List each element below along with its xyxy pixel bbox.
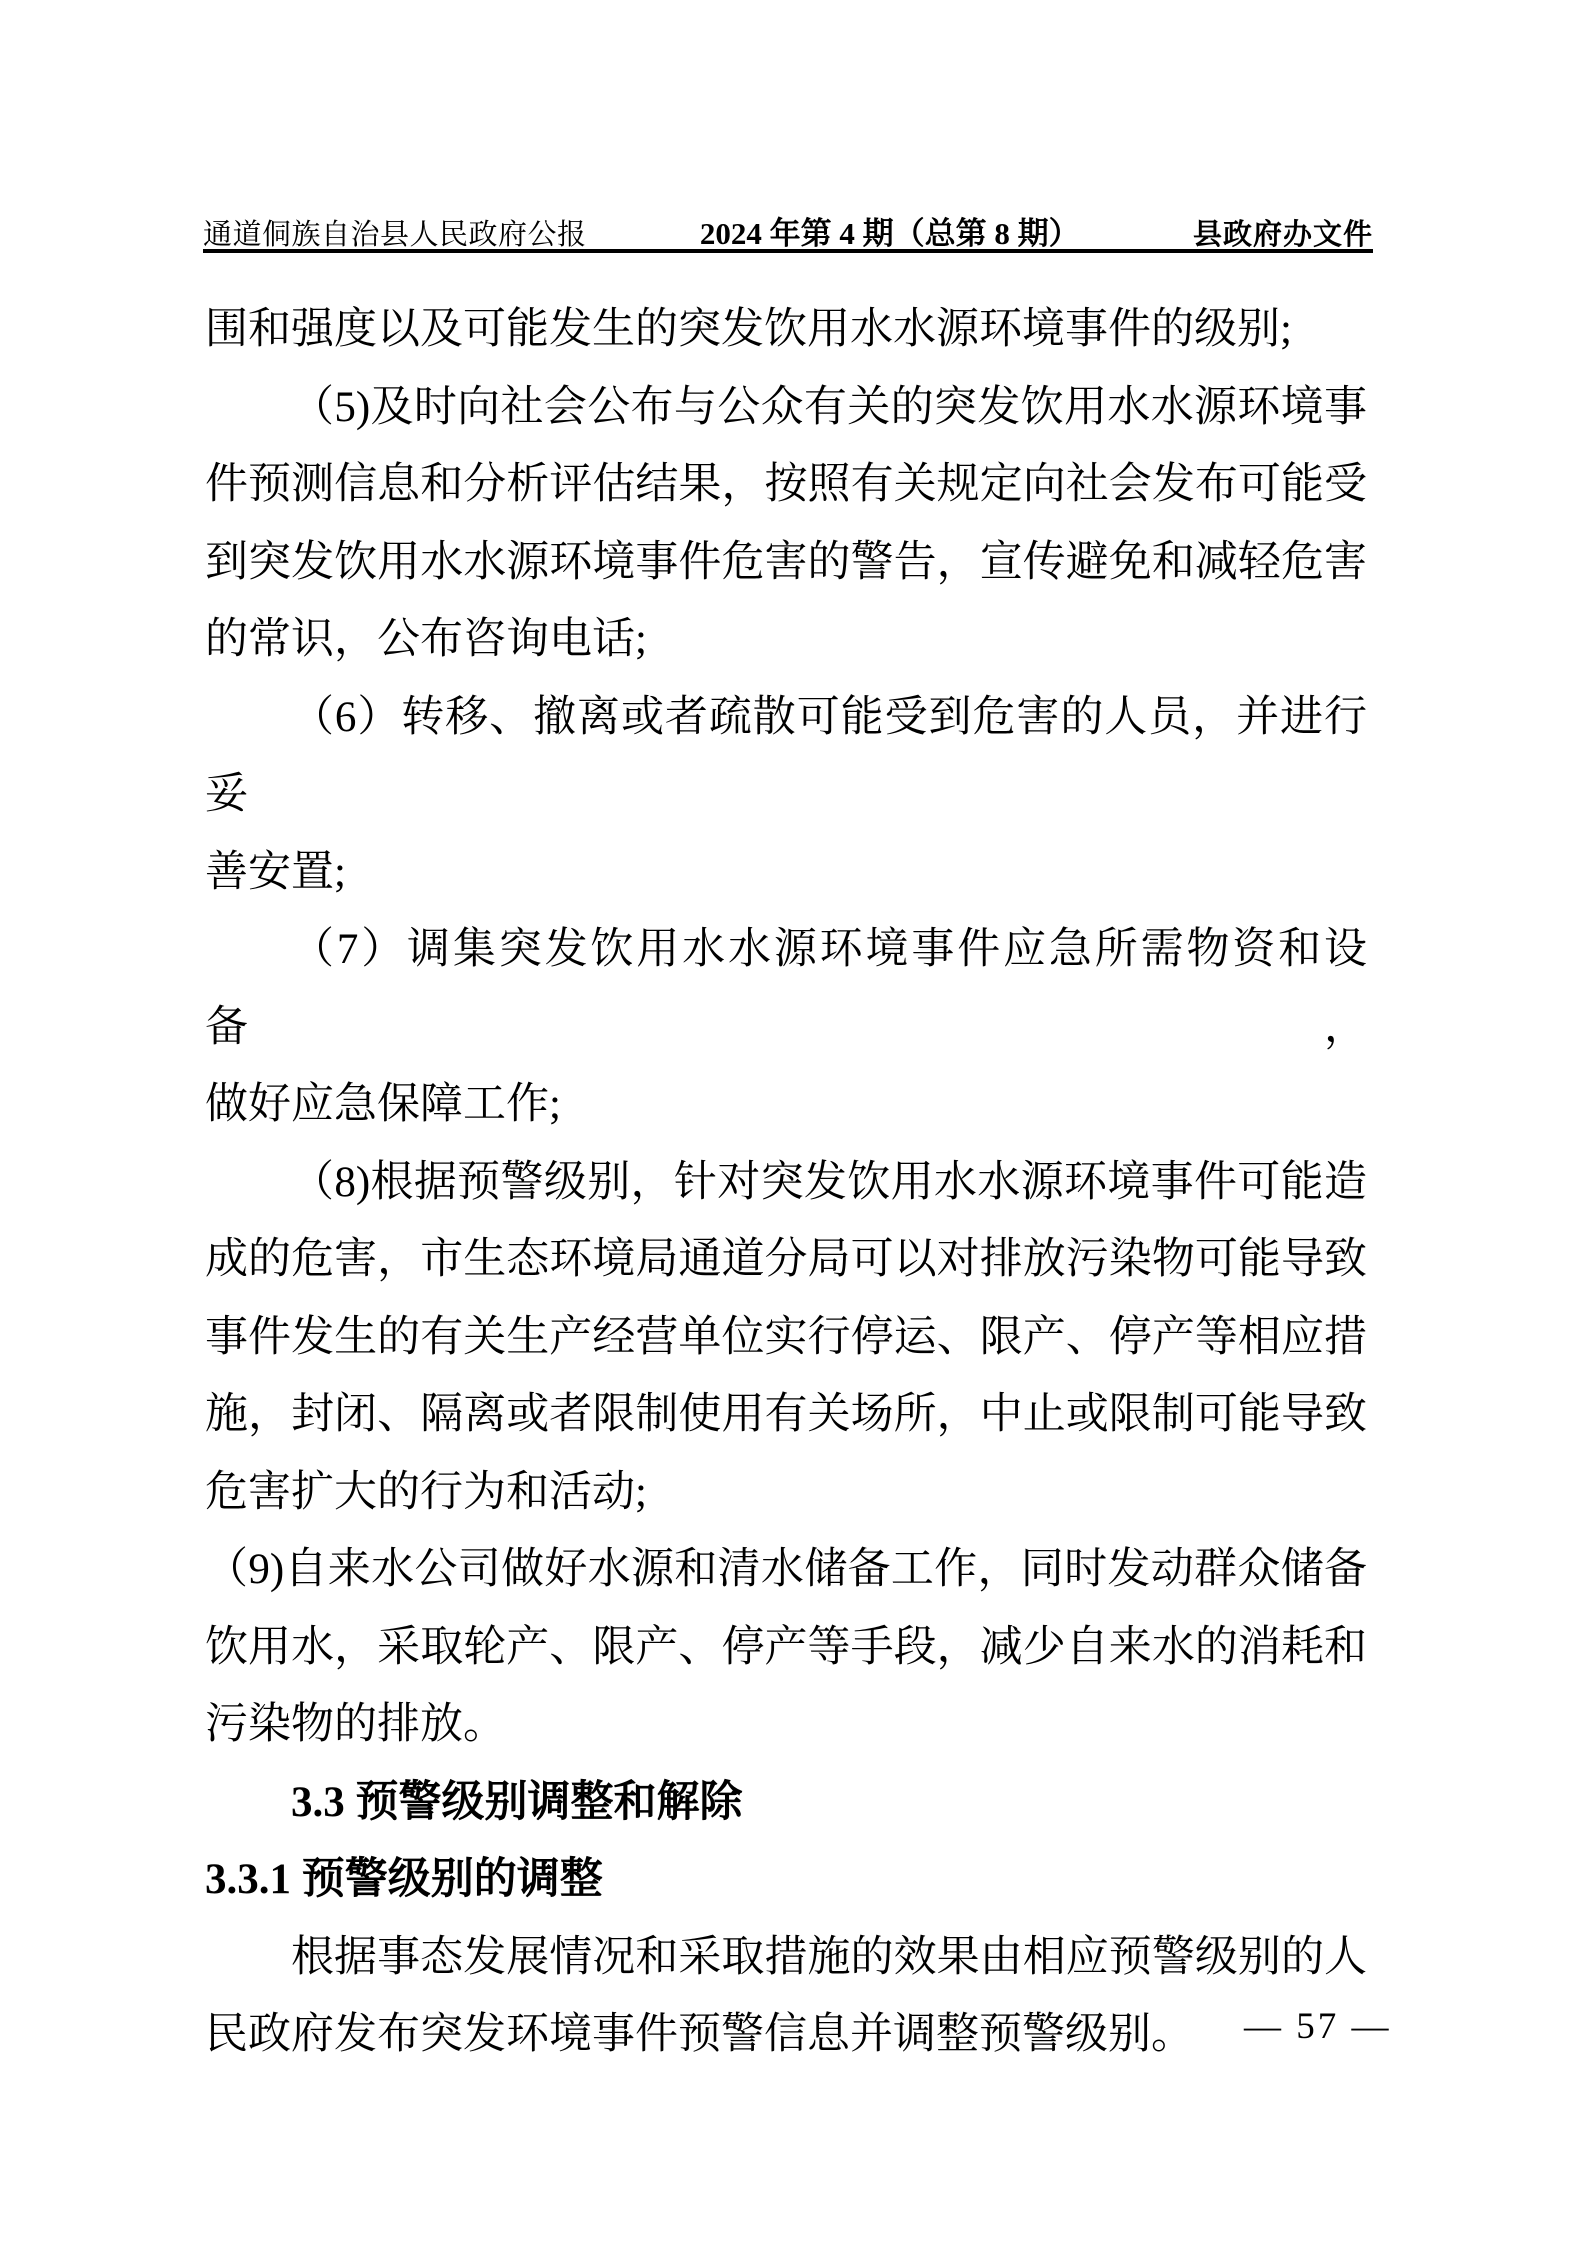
text-line: 到突发饮用水水源环境事件危害的警告，宣传避免和减轻危害 <box>205 524 1367 602</box>
text-line: 污染物的排放。 <box>205 1686 1367 1764</box>
text-line: 件预测信息和分析评估结果，按照有关规定向社会发布可能受 <box>205 446 1367 524</box>
text-line: （8)根据预警级别，针对突发饮用水水源环境事件可能造 <box>205 1144 1367 1222</box>
text-line: 施，封闭、隔离或者限制使用有关场所，中止或限制可能导致 <box>205 1376 1367 1454</box>
text-line: 民政府发布突发环境事件预警信息并调整预警级别。 <box>205 1996 1367 2074</box>
heading-line: 3.3 预警级别调整和解除 <box>205 1764 1367 1842</box>
text-line: 的常识，公布咨询电话; <box>205 601 1367 679</box>
text-line: （7）调集突发饮用水水源环境事件应急所需物资和设备， <box>205 911 1367 1066</box>
gazette-page: 通道侗族自治县人民政府公报 2024 年第 4 期（总第 8 期） 县政府办文件… <box>0 0 1587 2245</box>
header-rule <box>203 249 1373 253</box>
text-line: 善安置; <box>205 834 1367 912</box>
text-line: （9)自来水公司做好水源和清水储备工作，同时发动群众储备 <box>205 1531 1367 1609</box>
heading-line: 3.3.1 预警级别的调整 <box>205 1841 1367 1919</box>
text-line: 事件发生的有关生产经营单位实行停运、限产、停产等相应措 <box>205 1299 1367 1377</box>
header-publication-title: 通道侗族自治县人民政府公报 <box>203 212 587 253</box>
text-line: 成的危害，市生态环境局通道分局可以对排放污染物可能导致 <box>205 1221 1367 1299</box>
body-text: 围和强度以及可能发生的突发饮用水水源环境事件的级别;（5)及时向社会公布与公众有… <box>205 291 1367 2074</box>
text-line: （5)及时向社会公布与公众有关的突发饮用水水源环境事 <box>205 369 1367 447</box>
text-line: 饮用水，采取轮产、限产、停产等手段，减少自来水的消耗和 <box>205 1609 1367 1687</box>
header-document-category: 县政府办文件 <box>1193 212 1373 253</box>
page-number: — 57 — <box>1244 2005 1392 2048</box>
page-header: 通道侗族自治县人民政府公报 2024 年第 4 期（总第 8 期） 县政府办文件 <box>203 208 1373 253</box>
header-issue-info: 2024 年第 4 期（总第 8 期） <box>700 208 1080 253</box>
text-line: （6）转移、撤离或者疏散可能受到危害的人员，并进行妥 <box>205 679 1367 834</box>
text-line: 围和强度以及可能发生的突发饮用水水源环境事件的级别; <box>205 291 1367 369</box>
text-line: 做好应急保障工作; <box>205 1066 1367 1144</box>
text-line: 危害扩大的行为和活动; <box>205 1454 1367 1532</box>
text-line: 根据事态发展情况和采取措施的效果由相应预警级别的人 <box>205 1919 1367 1997</box>
